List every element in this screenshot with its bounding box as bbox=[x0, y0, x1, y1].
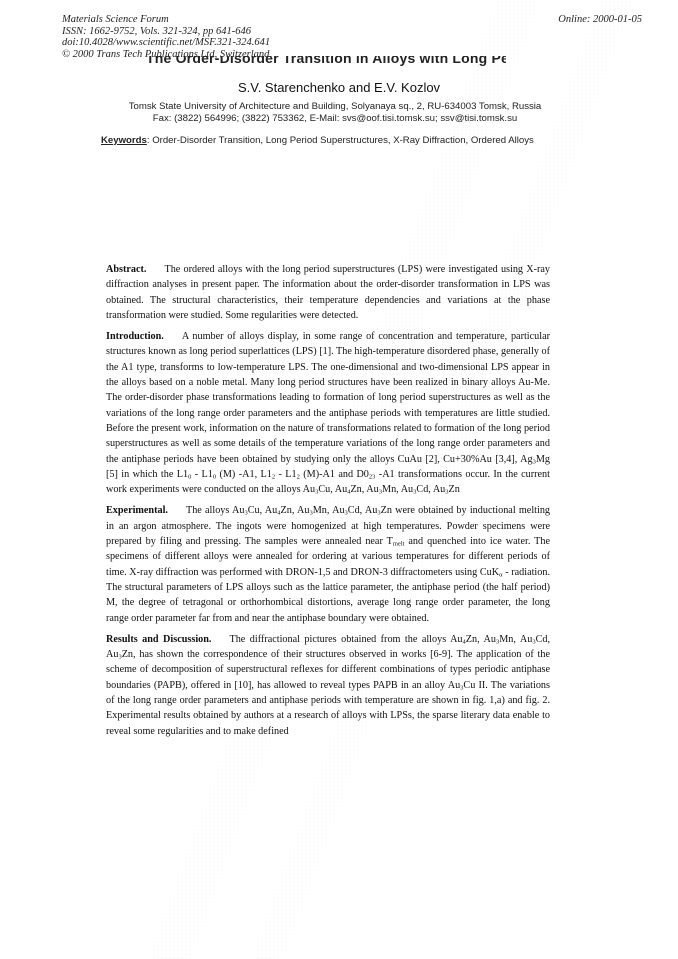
results-heading: Results and Discussion. bbox=[106, 634, 211, 645]
paper-body: Abstract.The ordered alloys with the lon… bbox=[106, 262, 550, 745]
results-section: Results and Discussion.The diffractional… bbox=[106, 632, 550, 739]
experimental-section: Experimental.The alloys Au3Cu, Au4Zn, Au… bbox=[106, 503, 550, 625]
authors: S.V. Starenchenko and E.V. Kozlov bbox=[0, 80, 678, 95]
affiliation: Tomsk State University of Architecture a… bbox=[90, 101, 580, 125]
keywords-label: Keywords bbox=[101, 135, 147, 146]
introduction-text: A number of alloys display, in some rang… bbox=[106, 331, 550, 464]
introduction-text: Zn, Au bbox=[350, 484, 378, 495]
online-date: Online: 2000-01-05 bbox=[558, 14, 642, 25]
doi-line: doi:10.4028/www.scientific.net/MSF.321-3… bbox=[62, 37, 270, 49]
abstract-section: Abstract.The ordered alloys with the lon… bbox=[106, 262, 550, 323]
experimental-text: Zn, Au bbox=[281, 505, 310, 516]
keywords-text: : Order-Disorder Transition, Long Period… bbox=[147, 135, 534, 146]
affiliation-address: Tomsk State University of Architecture a… bbox=[90, 101, 580, 113]
abstract-heading: Abstract. bbox=[106, 264, 146, 275]
experimental-text: Cu, Au bbox=[248, 505, 278, 516]
results-text: Zn, Au bbox=[466, 634, 496, 645]
experimental-text: Cd, Au bbox=[348, 505, 378, 516]
introduction-text: Zn bbox=[449, 484, 460, 495]
experimental-text: The alloys Au bbox=[186, 505, 245, 516]
introduction-heading: Introduction. bbox=[106, 331, 164, 342]
introduction-text: Mn, Au bbox=[382, 484, 413, 495]
introduction-text: - L1 bbox=[191, 469, 213, 480]
introduction-text: (M)-A1 and D0 bbox=[300, 469, 369, 480]
results-text: Mn, Au bbox=[499, 634, 532, 645]
affiliation-contact: Fax: (3822) 564996; (3822) 753362, E-Mai… bbox=[90, 113, 580, 125]
issn-line: ISSN: 1662-9752, Vols. 321-324, pp 641-6… bbox=[62, 26, 270, 38]
journal-name: Materials Science Forum bbox=[62, 14, 270, 26]
keywords: Keywords: Order-Disorder Transition, Lon… bbox=[101, 135, 549, 147]
paper-title: The Order-Disorder Transition in Alloys … bbox=[146, 56, 506, 67]
introduction-text: Cu, Au bbox=[318, 484, 347, 495]
abstract-text: The ordered alloys with the long period … bbox=[106, 264, 550, 321]
experimental-text: Mn, Au bbox=[313, 505, 345, 516]
introduction-text: Cd, Au bbox=[416, 484, 445, 495]
journal-header: Materials Science Forum ISSN: 1662-9752,… bbox=[62, 14, 270, 60]
introduction-section: Introduction.A number of alloys display,… bbox=[106, 329, 550, 497]
introduction-text: - L1 bbox=[275, 469, 297, 480]
subscript: melt bbox=[393, 541, 405, 548]
paper-title-text: The Order-Disorder Transition in Alloys … bbox=[146, 56, 506, 66]
experimental-heading: Experimental. bbox=[106, 505, 168, 516]
results-text: The diffractional pictures obtained from… bbox=[229, 634, 462, 645]
introduction-text: (M) -A1, L1 bbox=[216, 469, 272, 480]
